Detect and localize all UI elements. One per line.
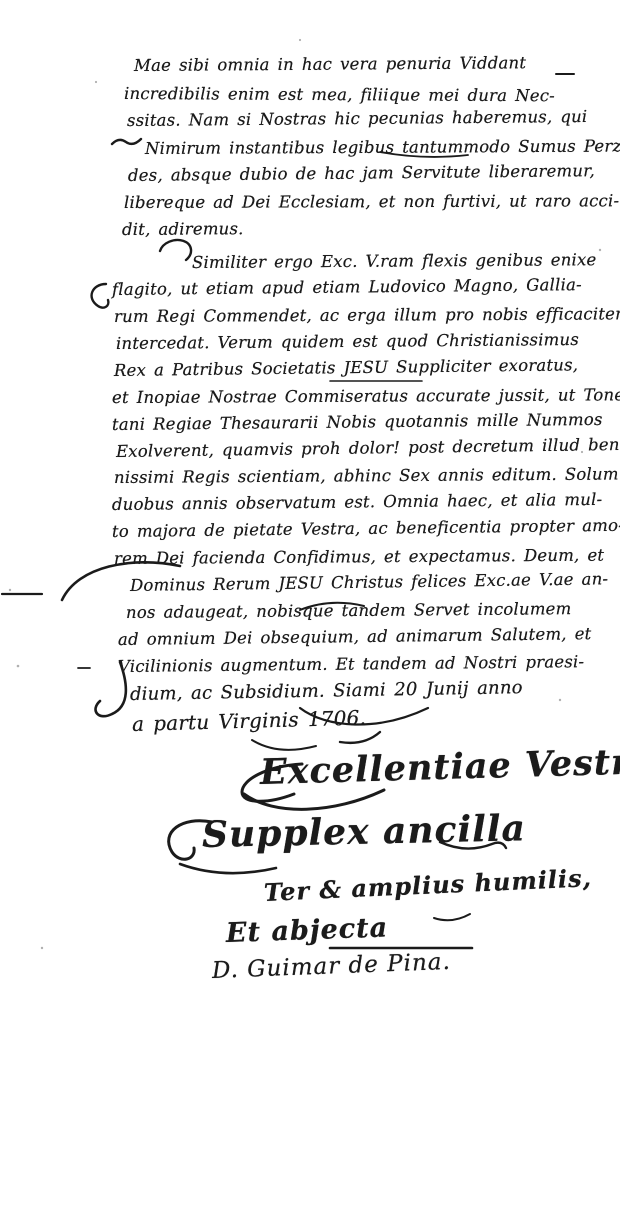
manuscript-line: ad omnium Dei obsequium, ad animarum Sal… [118, 626, 592, 648]
manuscript-line: duobus annis observatum est. Omnia haec,… [112, 492, 602, 514]
manuscript-line: flagito, ut etiam apud etiam Ludovico Ma… [112, 277, 582, 298]
manuscript-line: rum Regi Commendet, ac erga illum pro no… [114, 306, 620, 325]
excellentiae-under-swash [244, 790, 384, 809]
manuscript-line: Similiter ergo Exc. V.ram flexis genibus… [192, 252, 597, 271]
manuscript-line: Exolverent, quamvis proh dolor! post dec… [116, 437, 620, 461]
scanned-document-page: Mae sibi omnia in hac vera penuria Vidda… [0, 0, 620, 1232]
manuscript-line: intercedat. Verum quidem est quod Christ… [116, 332, 579, 353]
manuscript-line: dit, adiremus. [122, 221, 244, 238]
paragraph-loop-flourish [160, 240, 191, 260]
manuscript-line: libereque ad Dei Ecclesiam, et non furti… [124, 193, 619, 211]
manuscript-line: to majora de pietate Vestra, ac benefice… [112, 518, 620, 541]
manuscript-line: Rex a Patribus Societatis JESU Supplicit… [114, 357, 578, 379]
manuscript-line: rem Dei facienda Confidimus, et expectam… [114, 548, 604, 568]
manuscript-line-dateline: dium, ac Subsidium. Siami 20 Junij anno [130, 679, 523, 704]
manuscript-line: ssitas. Nam si Nostras hic pecunias habe… [127, 109, 588, 130]
closing-line-supplex-ancilla: Supplex ancilla [202, 807, 527, 856]
manuscript-line-dateline: a partu Virginis 1706. [132, 707, 367, 734]
signature: D. Guimar de Pina. [212, 949, 452, 984]
manuscript-line: Dominus Rerum JESU Christus felices Exc.… [130, 571, 608, 594]
manuscript-line: Mae sibi omnia in hac vera penuria Vidda… [134, 55, 526, 74]
manuscript-line: et Inopiae Nostrae Commiseratus accurate… [112, 387, 620, 406]
year-underline-swash [252, 740, 316, 750]
manuscript-line: des, absque dubio de hac jam Servitute l… [128, 163, 595, 184]
manuscript-line: Nimirum instantibus legibus tantummodo S… [145, 138, 620, 157]
margin-tilde-mark [112, 139, 141, 144]
supplex-under-swash [180, 864, 276, 873]
closing-line-ter-amplius-humilis: Ter & amplius humilis, [263, 863, 592, 907]
manuscript-line: tani Regiae Thesaurarii Nobis quotannis … [112, 412, 603, 434]
manuscript-line: Vicilinionis augmentum. Et tandem ad Nos… [118, 654, 584, 675]
manuscript-line: nos adaugeat, nobisque tandem Servet inc… [126, 601, 572, 621]
humilis-tail-curl [434, 914, 470, 920]
closing-line-excellentiae-vestrae: Excellentiae Vestrae [259, 740, 620, 793]
manuscript-line: incredibilis enim est mea, filiique mei … [124, 86, 555, 105]
manuscript-line: nissimi Regis scientiam, abhinc Sex anni… [114, 466, 619, 486]
closing-top-curl [340, 732, 380, 743]
margin-curl-mark [92, 284, 109, 308]
closing-line-et-abjecta: Et abjecta [225, 912, 388, 949]
